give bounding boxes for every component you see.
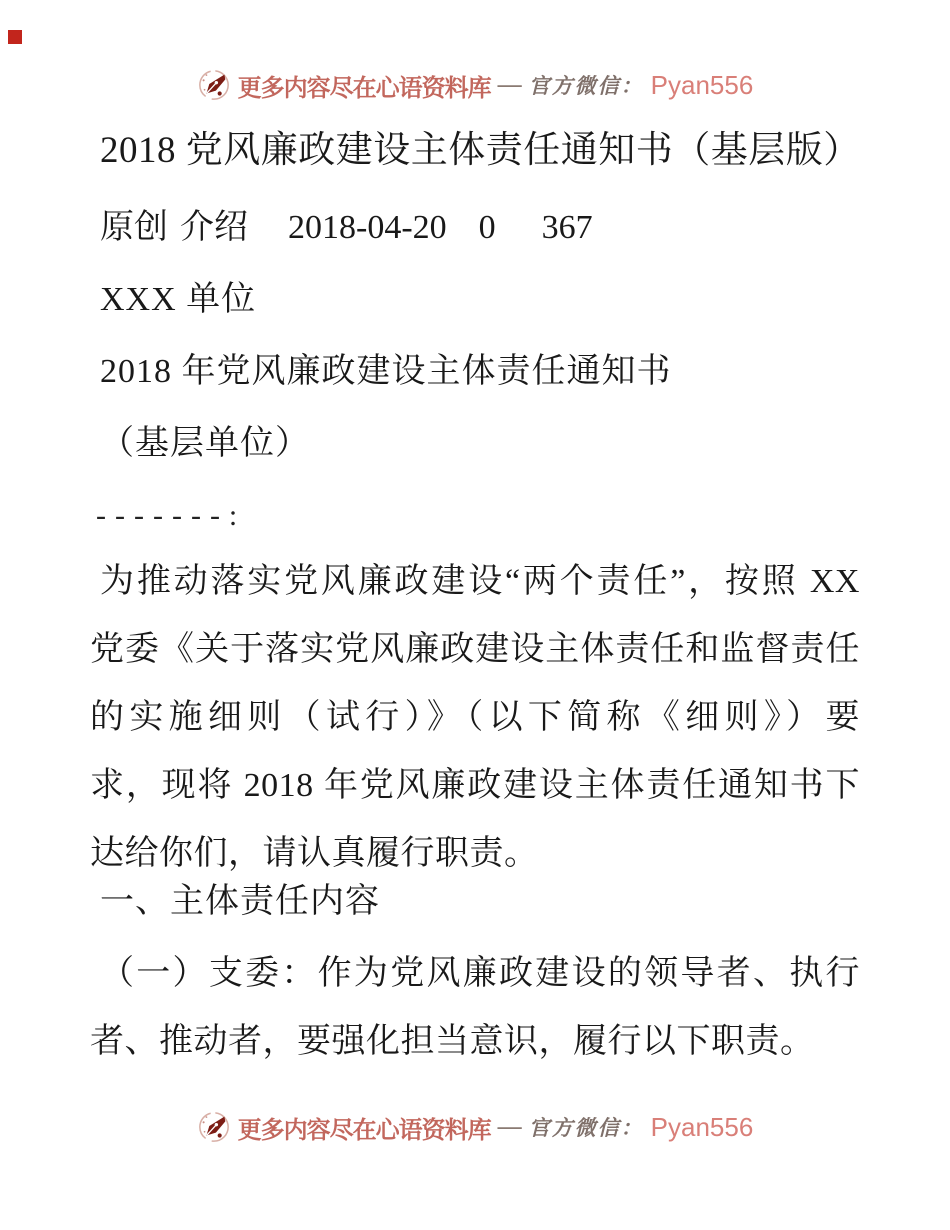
watermark-dash: — — [498, 72, 522, 99]
salutation-line: -------: — [90, 492, 860, 540]
meta-view-count: 367 — [542, 204, 593, 252]
paragraph-2: （一）支委：作为党风廉政建设的领导者、执行 者、推动者，要强化担当意识，履行以下… — [90, 940, 860, 1076]
watermark-dash: — — [498, 1114, 522, 1141]
doc-title-line: 2018 年党风廉政建设主体责任通知书 — [90, 348, 860, 396]
pen-logo-icon — [197, 1110, 231, 1144]
paragraph-line: （一）支委：作为党风廉政建设的领导者、执行 — [90, 940, 860, 1008]
article-body: 2018 党风廉政建设主体责任通知书（基层版） 原创 介绍 2018-04-20… — [0, 126, 950, 1076]
watermark-brand-text: 更多内容尽在心语资料库 — [238, 1110, 491, 1145]
watermark-wechat-label: 官方微信： — [529, 1112, 644, 1142]
document-page: 更多内容尽在心语资料库 — 官方微信： Pyan556 2018 党风廉政建设主… — [0, 0, 950, 1230]
paragraph-line: 者、推动者，要强化担当意识，履行以下职责。 — [90, 1008, 860, 1076]
header-watermark: 更多内容尽在心语资料库 — 官方微信： Pyan556 — [0, 66, 950, 104]
meta-date: 2018-04-20 — [288, 204, 447, 252]
paragraph-line: 党委《关于落实党风廉政建设主体责任和监督责任 — [90, 616, 860, 684]
unit-line: XXX 单位 — [90, 276, 860, 324]
watermark-wechat-label: 官方微信： — [529, 70, 644, 100]
watermark-wechat-id: Pyan556 — [651, 1112, 754, 1143]
paragraph-1: 为推动落实党风廉政建设“两个责任”，按照 XX 党委《关于落实党风廉政建设主体责… — [90, 548, 860, 888]
footer-watermark: 更多内容尽在心语资料库 — 官方微信： Pyan556 — [0, 1108, 950, 1146]
paragraph-line: 的实施细则（试行）》（以下简称《细则》）要 — [90, 684, 860, 752]
paragraph-line: 求，现将 2018 年党风廉政建设主体责任通知书下 — [90, 752, 860, 820]
watermark-brand-text: 更多内容尽在心语资料库 — [238, 68, 491, 103]
paragraph-line: 为推动落实党风廉政建设“两个责任”，按照 XX — [90, 548, 860, 616]
meta-original-tag: 原创 — [100, 204, 168, 252]
article-title: 2018 党风廉政建设主体责任通知书（基层版） — [90, 126, 860, 176]
watermark-wechat-id: Pyan556 — [651, 70, 754, 101]
article-meta: 原创 介绍 2018-04-20 0 367 — [90, 204, 860, 252]
red-marker — [8, 30, 22, 44]
pen-logo-icon — [197, 68, 231, 102]
meta-comment-count: 0 — [479, 204, 496, 252]
meta-category-tag: 介绍 — [180, 204, 248, 252]
doc-subtitle-line: （基层单位） — [90, 420, 860, 468]
